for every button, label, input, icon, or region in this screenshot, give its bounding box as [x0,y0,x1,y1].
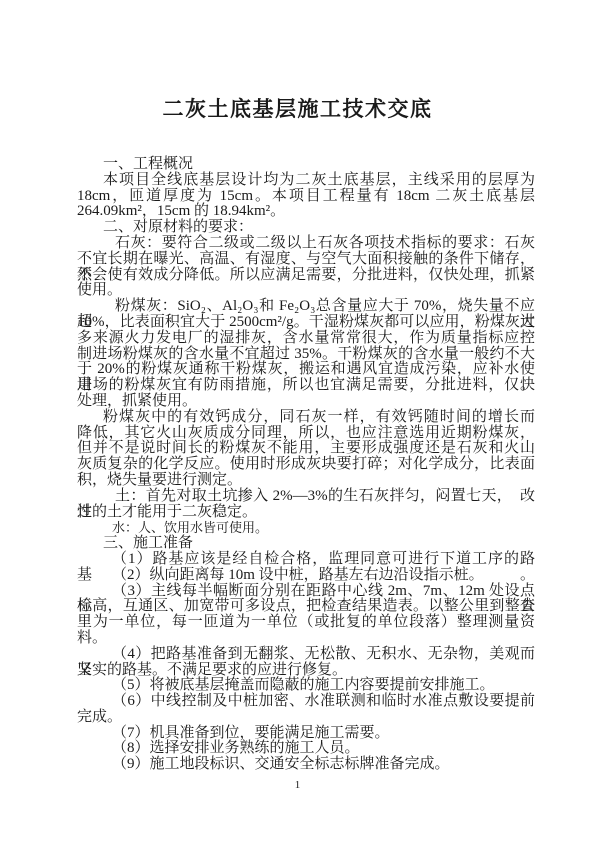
page-footer: 1 [0,779,595,791]
document-title: 二灰土底基层施工技术交底 [0,93,595,123]
text-line: 标高，互通区、加宽带可多设点，把检查结果造表。以整公里到整公 [77,599,535,615]
text-line: 粉煤灰：SiO₂、Al₂O₃和 Fe₂O₃总含量应大于 70%，烧失量不应超过 [77,299,535,315]
document-body: 一、工程概况本项目全线底基层设计均为二灰土底基层，主线采用的层厚为18cm，匝道… [77,157,535,773]
text-line: 然会使有效成分降低。所以应满足需要，分批进料，仅快处理，抓紧 [77,268,535,284]
text-line: 里为一单位，每一匝道为一单位（或批复的单位段落）整理测量资 [77,615,535,631]
text-line: 完成。 [77,710,535,726]
text-line: （5）将被底基层掩盖而隐蔽的施工内容要提前安排施工。 [77,678,535,694]
text-line: 多来源火力发电厂的湿排灰，含水量常常很大，作为质量指标应控 [77,331,535,347]
text-line: 于 20%的粉煤灰通称干粉煤灰，搬运和遇风宜造成污染，应补水使用。 [77,362,535,378]
text-line: 本项目全线底基层设计均为二灰土底基层，主线采用的层厚为 [77,173,535,189]
text-line: 土：首先对取土坑掺入 2%—3%的生石灰拌匀，闷置七天， 改性 [77,489,535,505]
text-line: 但并不是说时间长的粉煤灰不能用，主要形成强度还是石灰和火山 [77,441,535,457]
text-line: 二、对原材料的要求： [77,220,535,236]
text-line: （2）纵向距离每 10m 设中桩，路基左右边沿设指示桩。 [77,568,535,584]
document-page: 二灰土底基层施工技术交底 一、工程概况本项目全线底基层设计均为二灰土底基层，主线… [0,0,595,842]
text-line: 坚实的路基。不满足要求的应进行修复。 [77,663,535,679]
text-line: 三、施工准备 [77,536,535,552]
text-line: 石灰：要符合二级或二级以上石灰各项技术指标的要求：石灰 [77,236,535,252]
text-line: （8）选择安排业务熟练的施工人员。 [77,741,535,757]
text-line: 过的土才能用于二灰稳定。 [77,505,535,521]
text-line: 积，烧失量要进行测定。 [77,473,535,489]
text-line: （9）施工地段标识、交通安全标志标牌准备完成。 [77,757,535,773]
text-line: （4）把路基准备到无翻浆、无松散、无积水、无杂物，美观而又 [77,647,535,663]
text-line: 制进场粉煤灰的含水量不宜超过 35%。干粉煤灰的含水量一般约不大 [77,347,535,363]
text-line: 使用。 [77,283,535,299]
text-line: 不宜长期在曝光、高温、有湿度、与空气大面积接触的条件下储存，不 [77,252,535,268]
text-line: 灰质复杂的化学反应。使用时形成灰块要打碎；对化学成分，比表面 [77,457,535,473]
text-line: 进场的粉煤灰宜有防雨措施，所以也宜满足需要，分批进料，仅快 [77,378,535,394]
text-line: 处理，抓紧使用。 [77,394,535,410]
text-line: 粉煤灰中的有效钙成分，同石灰一样，有效钙随时间的增长而 [77,410,535,426]
text-line: 一、工程概况 [77,157,535,173]
text-line: （1）路基应该是经自检合格，监理同意可进行下道工序的路基。 [77,552,535,568]
text-line: 料。 [77,631,535,647]
text-line: （6）中线控制及中桩加密、水准联测和临时水准点敷设要提前 [77,694,535,710]
page-number: 1 [295,779,301,791]
text-line: （3）主线每半幅断面分别在距路中心线 2m、7m、12m 处设点检查 [77,584,535,600]
text-line: 降低，其它火山灰质成分同理，所以，也应注意选用近期粉煤灰， [77,426,535,442]
text-line: 水：人、饮用水皆可使用。 [77,520,535,536]
text-line: 264.09km²，15cm 的 18.94km²。 [77,204,535,220]
text-line: 10%，比表面积宜大于 2500cm²/g。干湿粉煤灰都可以应用，粉煤灰大 [77,315,535,331]
